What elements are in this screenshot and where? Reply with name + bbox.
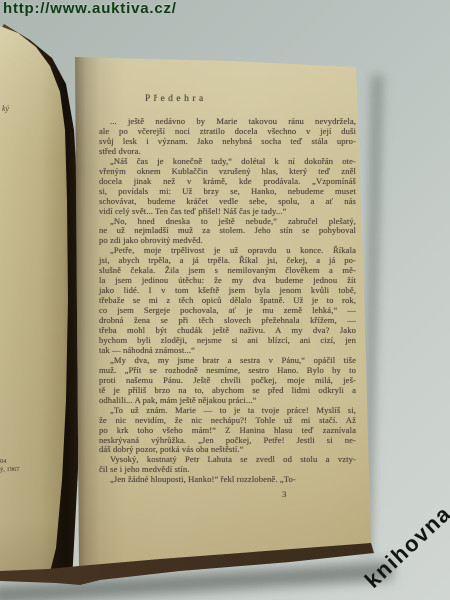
- imprint-line: ý, 1967: [0, 466, 20, 474]
- page-text: Předehra ... ještě nedávno by Marie tako…: [99, 94, 356, 514]
- left-page-imprint-fragment: 04 ý, 1967: [0, 458, 20, 474]
- chapter-heading: Předehra: [145, 94, 356, 104]
- imprint-line: 04: [0, 458, 20, 466]
- library-stamp-watermark: knihovna: [338, 492, 450, 600]
- book-photo: Předehra ... ještě nedávno by Marie tako…: [0, 0, 450, 600]
- text-line: po krk toho všeho mám!“ Z Hanina hlasu t…: [99, 426, 356, 436]
- left-page-text-fragment: ký: [2, 104, 9, 113]
- body-text: ... ještě nedávno by Marie takovou ránu …: [99, 117, 356, 485]
- auction-url-watermark: http://www.auktiva.cz/: [3, 0, 177, 17]
- library-stamp-text: knihovna: [359, 500, 450, 593]
- text-line: „Jen žádné hlouposti, Hanko!“ řekl rozzl…: [99, 475, 356, 485]
